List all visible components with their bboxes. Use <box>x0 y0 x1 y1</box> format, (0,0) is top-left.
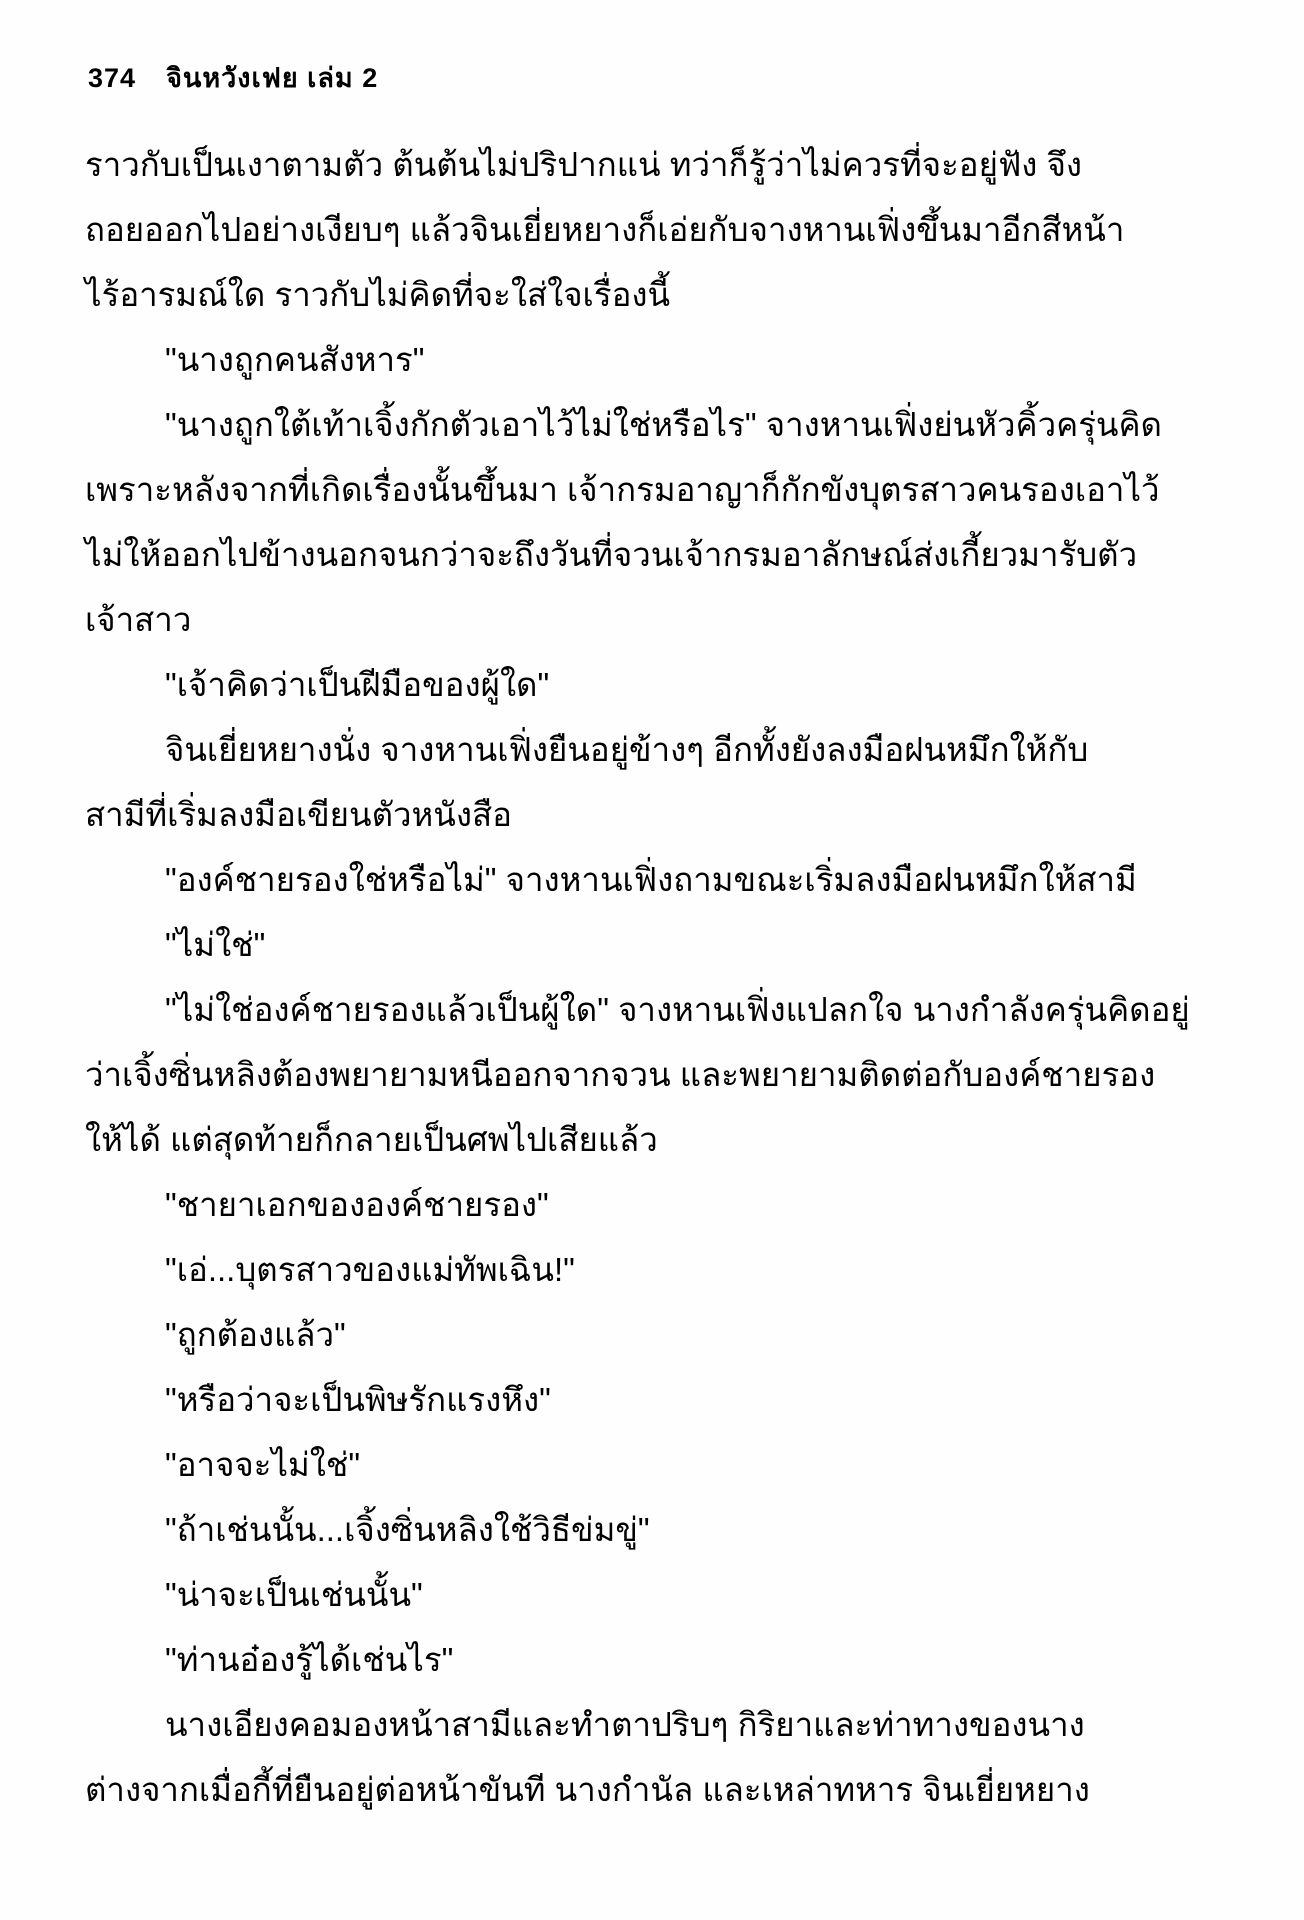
text-line-19: "ถูกต้องแล้ว" <box>85 1302 1015 1367</box>
text-line-8: เจ้าสาว <box>85 587 1015 652</box>
text-line-9: "เจ้าคิดว่าเป็นฝีมือของผู้ใด" <box>85 652 1015 717</box>
text-line-21: "อาจจะไม่ใช่" <box>85 1432 1015 1497</box>
text-line-14: "ไม่ใช่องค์ชายรองแล้วเป็นผู้ใด" จางหานเฟ… <box>85 977 1015 1042</box>
text-line-25: นางเอียงคอมองหน้าสามีและทำตาปริบๆ กิริยา… <box>85 1692 1015 1757</box>
text-line-22: "ถ้าเช่นนั้น...เจิ้งซิ่นหลิงใช้วิธีข่มขู… <box>85 1497 1015 1562</box>
text-line-11: สามีที่เริ่มลงมือเขียนตัวหนังสือ <box>85 782 1015 847</box>
text-line-16: ให้ได้ แต่สุดท้ายก็กลายเป็นศพไปเสียแล้ว <box>85 1107 1015 1172</box>
text-line-18: "เอ่...บุตรสาวของแม่ทัพเฉิน!" <box>85 1237 1015 1302</box>
text-line-20: "หรือว่าจะเป็นพิษรักแรงหึง" <box>85 1367 1015 1432</box>
text-line-17: "ชายาเอกขององค์ชายรอง" <box>85 1172 1015 1237</box>
text-line-23: "น่าจะเป็นเช่นนั้น" <box>85 1562 1015 1627</box>
text-line-7: ไม่ให้ออกไปข้างนอกจนกว่าจะถึงวันที่จวนเจ… <box>85 522 1015 587</box>
book-page: 374 จินหวังเฟย เล่ม 2 ราวกับเป็นเงาตามตั… <box>0 0 1304 1920</box>
text-line-6: เพราะหลังจากที่เกิดเรื่องนั้นขึ้นมา เจ้า… <box>85 457 1015 522</box>
page-body: ราวกับเป็นเงาตามตัว ต้นต้นไม่ปริปากแน่ ท… <box>85 132 1015 1822</box>
text-line-12: "องค์ชายรองใช่หรือไม่" จางหานเฟิ่งถามขณะ… <box>85 847 1015 912</box>
running-header: 374 จินหวังเฟย เล่ม 2 <box>88 56 378 99</box>
text-line-1: ราวกับเป็นเงาตามตัว ต้นต้นไม่ปริปากแน่ ท… <box>85 132 1015 197</box>
text-line-15: ว่าเจิ้งซิ่นหลิงต้องพยายามหนีออกจากจวน แ… <box>85 1042 1015 1107</box>
text-line-24: "ท่านอ๋องรู้ได้เช่นไร" <box>85 1627 1015 1692</box>
text-line-10: จินเยี่ยหยางนั่ง จางหานเฟิ่งยืนอยู่ข้างๆ… <box>85 717 1015 782</box>
text-line-5: "นางถูกใต้เท้าเจิ้งกักตัวเอาไว้ไม่ใช่หรื… <box>85 392 1015 457</box>
book-title: จินหวังเฟย เล่ม 2 <box>166 56 378 99</box>
text-line-13: "ไม่ใช่" <box>85 912 1015 977</box>
text-line-26: ต่างจากเมื่อกี้ที่ยืนอยู่ต่อหน้าขันที นา… <box>85 1757 1015 1822</box>
text-line-3: ไร้อารมณ์ใด ราวกับไม่คิดที่จะใส่ใจเรื่อง… <box>85 262 1015 327</box>
page-number: 374 <box>88 63 136 94</box>
text-line-4: "นางถูกคนสังหาร" <box>85 327 1015 392</box>
text-line-2: ถอยออกไปอย่างเงียบๆ แล้วจินเยี่ยหยางก็เอ… <box>85 197 1015 262</box>
